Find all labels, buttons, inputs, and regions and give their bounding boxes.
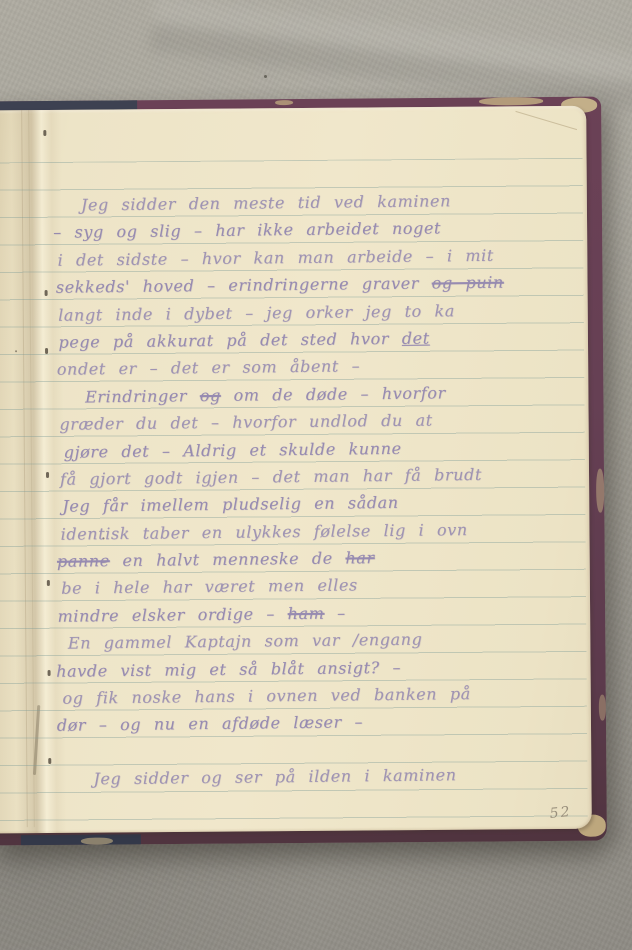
backdrop-speck [264,75,267,78]
handwriting-segment: og fik noske hans i ovnen ved banken på [62,684,471,708]
handwriting-line: dør – og nu en afdøde læser – [57,710,569,743]
handwriting-segment: mindre elsker ordige – [57,604,287,626]
handwriting-segment: langt inde i dybet – jeg orker jeg to ka [58,301,455,325]
handwriting-line: Jeg sidder og ser på ilden i kaminen [57,764,569,797]
handwriting-segment: Erindringer [85,386,200,406]
handwriting-segment: havde vist mig et så blåt ansigt? – [56,658,401,681]
handwriting-segment: dør – og nu en afdøde læser – [57,713,364,735]
page-number: 52 [549,804,572,822]
handwriting-segment: det [402,328,430,347]
handwriting-segment: Jeg sidder og ser på ilden i kaminen [93,765,456,788]
handwriting-segment: identisk taber en ulykkes følelse lig i … [61,520,468,544]
page-speck [15,350,17,352]
cover-wear-mark [596,469,604,513]
handwriting-segment: ham [287,604,324,623]
handwriting-segment: panne [57,551,110,571]
cover-wear-mark [479,97,543,106]
gutter-stitch [43,130,46,136]
handwriting-segment: ondet er – det er som åbent – [57,357,361,379]
handwriting-segment: få gjort godt igjen – det man har få bru… [60,465,482,489]
handwriting-segment: be i hele har været men elles [61,576,358,598]
handwriting-segment: en halvt menneske de [110,549,346,571]
cover-wear-mark [599,695,606,721]
handwriting-segment: har [345,548,375,567]
handwriting-segment: – [324,603,346,622]
handwriting-segment: Jeg sidder den meste tid ved kaminen [81,191,451,214]
cover-wear-mark [275,100,293,105]
page-corner-crease [515,111,577,130]
notebook-page: Jeg sidder den meste tid ved kaminen– sy… [0,106,592,834]
notebook: Jeg sidder den meste tid ved kaminen– sy… [0,97,607,846]
handwriting-segment: græder du det – hvorfor undlod du at [59,411,433,434]
handwriting-segment: gjøre det – Aldrig et skulde kunne [64,438,402,461]
handwriting-segment: En gammel Kaptajn som var /engang [68,630,423,653]
handwriting-segment: pege på akkurat på det sted hvor [58,329,402,352]
handwriting-segment: og [200,386,221,405]
handwriting-segment: og puin [432,273,504,293]
handwriting-segment: Jeg får imellem pludselig en sådan [62,493,399,516]
handwriting-text: Jeg sidder den meste tid ved kaminen– sy… [51,190,570,797]
handwriting-segment: i det sidste – hvor kan man arbeide – i … [57,246,494,270]
handwriting-segment: sekkeds' hoved – erindringerne graver [56,274,432,297]
cover-wear-mark [81,837,113,844]
handwriting-segment: – syg og slig – har ikke arbeidet noget [53,219,441,242]
handwriting-segment: om de døde – hvorfor [221,383,446,405]
